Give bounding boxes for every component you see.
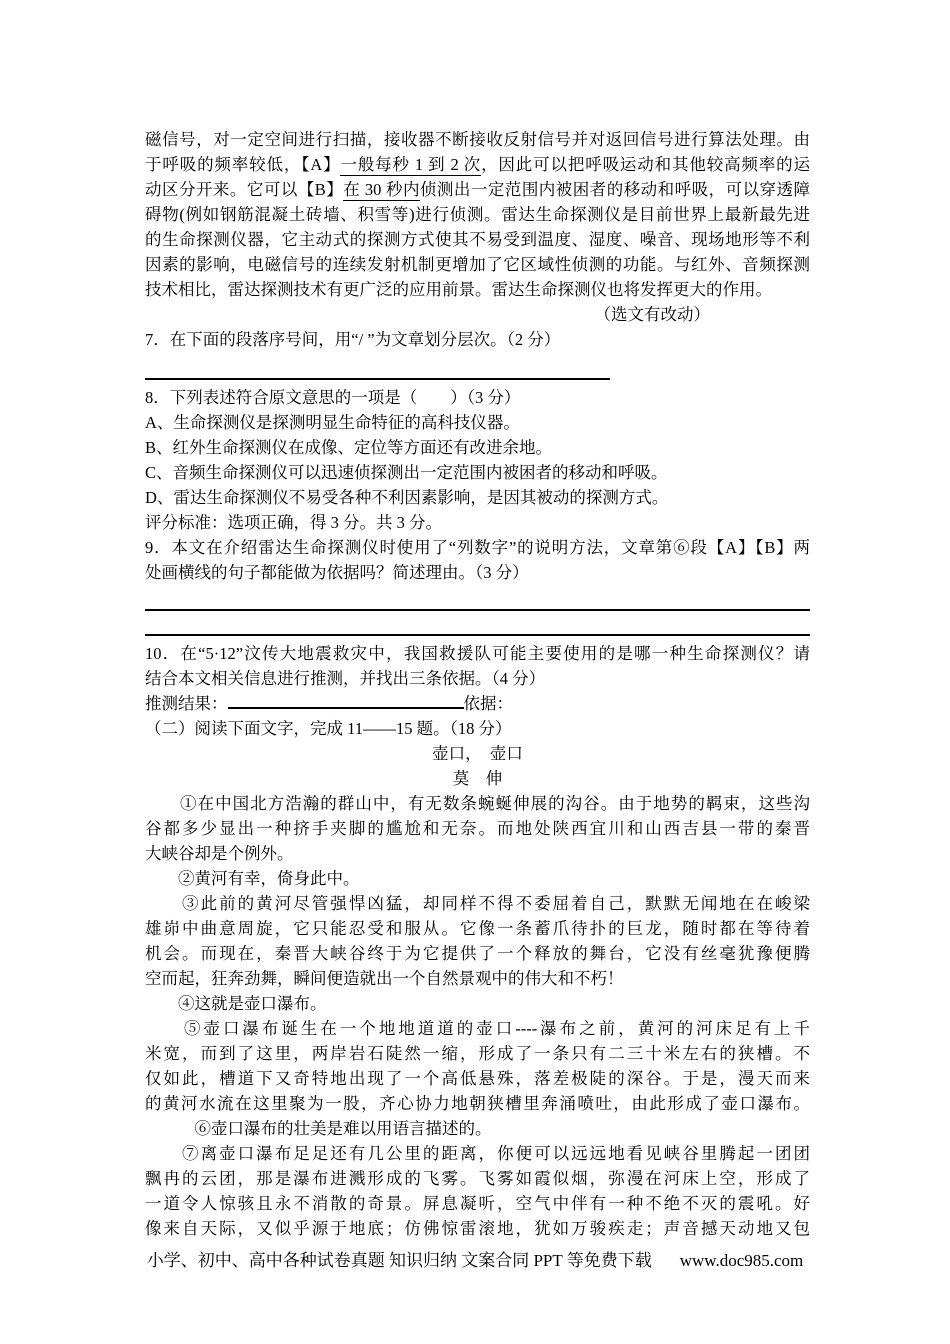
text-segment: 壶口， 壶口 (432, 744, 523, 763)
text-segment: C、音频生命探测仪可以迅速侦探测出一定范围内被困者的移动和呼吸。 (145, 463, 668, 482)
text-segment: ②黄河有幸，倚身此中。 (145, 869, 360, 888)
text-segment: 碍物(例如钢筋混凝土砖墙、积雪等)进行侦测。雷达生命探测仪是目前世界上最新最先进 (145, 205, 810, 224)
answer-rule (145, 378, 610, 380)
text-segment: 仅如此，槽道下又奇特地出现了一个高低悬殊，落差极陡的深谷。于是，漫天而来 (145, 1069, 810, 1088)
text-line: 评分标准：选项正确，得 3 分。共 3 分。 (145, 510, 810, 535)
text-segment: 米宽，而到了这里，两岸岩石陡然一缩，形成了一条只有二三十米左右的狭槽。不 (145, 1044, 810, 1063)
text-segment: ⑤壶口瀑布诞生在一个地地道道的壶口----瀑布之前，黄河的河床足有上千 (145, 1019, 810, 1038)
text-line: （选文有改动） (145, 302, 810, 327)
answer-blank-underline (228, 692, 464, 709)
text-line: 像来自天际，又似乎源于地底；仿佛惊雷滚地，犹如万骏疾走；声音撼天动地又包 (145, 1216, 810, 1241)
text-segment: ⑥壶口瀑布的壮美是难以用语言描述的。 (145, 1119, 492, 1138)
document-page: 磁信号，对一定空间进行扫描，接收器不断接收反射信号并对返回信号进行算法处理。由于… (0, 0, 950, 1344)
text-segment: 空而起，狂奔劲舞，瞬间便造就出一个自然景观中的伟大和不朽！ (145, 969, 624, 988)
text-line: ③此前的黄河尽管强悍凶猛，却同样不得不委屈着自己，默默无闻地在在峻梁 (145, 891, 810, 916)
text-line: 碍物(例如钢筋混凝土砖墙、积雪等)进行侦测。雷达生命探测仪是目前世界上最新最先进 (145, 202, 810, 227)
text-line: 推测结果：依据： (145, 691, 810, 716)
text-segment: 8．下列表述符合原文意思的一项是（ ）（3 分） (145, 388, 520, 407)
text-line: 的生命探测仪器，它主动式的探测方式使其不易受到温度、湿度、噪音、现场地形等不利 (145, 227, 810, 252)
text-segment: D、雷达生命探测仪不易受各种不利因素影响，是因其被动的探测方式。 (145, 488, 668, 507)
text-segment: 推测结果： (145, 694, 228, 713)
text-line: ①在中国北方浩瀚的群山中，有无数条蜿蜒伸展的沟谷。由于地势的羁束，这些沟 (145, 791, 810, 816)
text-line: ⑤壶口瀑布诞生在一个地地道道的壶口----瀑布之前，黄河的河床足有上千 (145, 1016, 810, 1041)
text-line: ⑥壶口瀑布的壮美是难以用语言描述的。 (145, 1116, 810, 1141)
text-line: 7．在下面的段落序号间，用“/ ”为文章划分层次。（2 分） (145, 327, 810, 352)
text-line: 仅如此，槽道下又奇特地出现了一个高低悬殊，落差极陡的深谷。于是，漫天而来 (145, 1066, 810, 1091)
text-segment: ④这就是壶口瀑布。 (145, 994, 327, 1013)
text-line: 8．下列表述符合原文意思的一项是（ ）（3 分） (145, 385, 810, 410)
text-line: C、音频生命探测仪可以迅速侦探测出一定范围内被困者的移动和呼吸。 (145, 460, 810, 485)
text-line: 因素的影响，电磁信号的连续发射机制更增加了它区域性侦测的功能。与红外、音频探测 (145, 252, 810, 277)
footer-promo-text: 小学、初中、高中各种试卷真题 知识归纳 文案合同 PPT 等免费下载 (147, 1251, 652, 1270)
page-footer: 小学、初中、高中各种试卷真题 知识归纳 文案合同 PPT 等免费下载www.do… (0, 1246, 950, 1271)
underlined-text: 一般每秒 1 到 2 次 (340, 155, 481, 176)
text-segment: 一道令人惊骇且永不消散的奇景。屏息凝听，空气中伴有一种不绝不灭的震吼。好 (145, 1194, 810, 1213)
text-line: B、红外生命探测仪在成像、定位等方面还有改进余地。 (145, 435, 810, 460)
text-line: 结合本文相关信息进行推测，并找出三条依据。（4 分） (145, 666, 810, 691)
text-line: 于呼吸的频率较低，【A】一般每秒 1 到 2 次，因此可以把呼吸运动和其他较高频… (145, 152, 810, 177)
text-line: 壶口， 壶口 (145, 741, 810, 766)
underlined-text: 在 30 秒内 (343, 180, 420, 201)
text-segment: 大峡谷却是个例外。 (145, 844, 294, 863)
text-segment: 因素的影响，电磁信号的连续发射机制更增加了它区域性侦测的功能。与红外、音频探测 (145, 255, 810, 274)
text-line: 米宽，而到了这里，两岸岩石陡然一缩，形成了一条只有二三十米左右的狭槽。不 (145, 1041, 810, 1066)
text-segment: ，因此可以把呼吸运动和其他较高频率的运 (481, 155, 810, 174)
answer-blank-line (145, 591, 810, 616)
text-segment: （二）阅读下面文字，完成 11——15 题。（18 分） (145, 719, 512, 738)
answer-blank-line (145, 360, 810, 385)
text-line: 空而起，狂奔劲舞，瞬间便造就出一个自然景观中的伟大和不朽！ (145, 966, 810, 991)
text-line: A、生命探测仪是探测明显生命特征的高科技仪器。 (145, 410, 810, 435)
text-segment: 动区分开来。它可以【B】 (145, 180, 343, 199)
text-segment: 处画横线的句子都能做为依据吗？简述理由。（3 分） (145, 563, 529, 582)
text-segment: 谷都多少显出一种挤手夹脚的尴尬和无奈。而地处陕西宜川和山西吉县一带的秦晋 (145, 819, 810, 838)
text-segment: （选文有改动） (595, 305, 711, 324)
text-segment: 于呼吸的频率较低，【A】 (145, 155, 340, 174)
text-line: ②黄河有幸，倚身此中。 (145, 866, 810, 891)
document-body: 磁信号，对一定空间进行扫描，接收器不断接收反射信号并对返回信号进行算法处理。由于… (145, 127, 810, 1241)
text-segment: 侦测出一定范围内被困者的移动和呼吸，可以穿透障 (420, 180, 810, 199)
text-line: D、雷达生命探测仪不易受各种不利因素影响，是因其被动的探测方式。 (145, 485, 810, 510)
text-segment: 机会。而现在，秦晋大峡谷终于为它提供了一个释放的舞台，它没有丝毫犹豫便腾 (145, 944, 810, 963)
text-segment: 结合本文相关信息进行推测，并找出三条依据。（4 分） (145, 669, 545, 688)
text-line: 10．在“5·12”汶传大地震救灾中，我国救援队可能主要使用的是哪一种生命探测仪… (145, 641, 810, 666)
text-segment: 飘冉的云团，那是瀑布进溅形成的飞雾。飞雾如霞似烟，弥漫在河床上空，形成了 (145, 1169, 810, 1188)
text-line: ④这就是壶口瀑布。 (145, 991, 810, 1016)
text-segment: 依据： (464, 694, 514, 713)
footer-url[interactable]: www.doc985.com (680, 1251, 804, 1270)
text-line: 一道令人惊骇且永不消散的奇景。屏息凝听，空气中伴有一种不绝不灭的震吼。好 (145, 1191, 810, 1216)
text-line: 谷都多少显出一种挤手夹脚的尴尬和无奈。而地处陕西宜川和山西吉县一带的秦晋 (145, 816, 810, 841)
answer-blank-line (145, 616, 810, 641)
text-line: 机会。而现在，秦晋大峡谷终于为它提供了一个释放的舞台，它没有丝毫犹豫便腾 (145, 941, 810, 966)
text-segment: 的生命探测仪器，它主动式的探测方式使其不易受到温度、湿度、噪音、现场地形等不利 (145, 230, 810, 249)
text-segment: 技术相比，雷达探测技术有更广泛的应用前景。雷达生命探测仪也将发挥更大的作用。 (145, 280, 772, 299)
text-segment: 像来自天际，又似乎源于地底；仿佛惊雷滚地，犹如万骏疾走；声音撼天动地又包 (145, 1219, 810, 1238)
text-segment: ③此前的黄河尽管强悍凶猛，却同样不得不委屈着自己，默默无闻地在在峻梁 (145, 894, 810, 913)
text-segment: ①在中国北方浩瀚的群山中，有无数条蜿蜒伸展的沟谷。由于地势的羁束，这些沟 (145, 794, 810, 813)
text-segment: 7．在下面的段落序号间，用“/ ”为文章划分层次。（2 分） (145, 330, 560, 349)
text-segment: 的黄河水流在这里聚为一股，齐心协力地朝狭槽里奔涌喷吐，由此形成了壶口瀑布。 (145, 1094, 810, 1113)
text-line: 莫 伸 (145, 766, 810, 791)
text-line: 处画横线的句子都能做为依据吗？简述理由。（3 分） (145, 560, 810, 585)
text-line: 飘冉的云团，那是瀑布进溅形成的飞雾。飞雾如霞似烟，弥漫在河床上空，形成了 (145, 1166, 810, 1191)
text-segment: 雄峁中曲意周旋，它只能忍受和服从。它像一条蓄爪待扑的巨龙，随时都在等待着 (145, 919, 810, 938)
text-segment: ⑦离壶口瀑布足足还有几公里的距离，你便可以远远地看见峡谷里腾起一团团 (145, 1144, 810, 1163)
text-segment: 莫 伸 (453, 769, 503, 788)
text-segment: 磁信号，对一定空间进行扫描，接收器不断接收反射信号并对返回信号进行算法处理。由 (145, 130, 810, 149)
text-line: 磁信号，对一定空间进行扫描，接收器不断接收反射信号并对返回信号进行算法处理。由 (145, 127, 810, 152)
text-line: 的黄河水流在这里聚为一股，齐心协力地朝狭槽里奔涌喷吐，由此形成了壶口瀑布。 (145, 1091, 810, 1116)
answer-rule (145, 634, 810, 636)
text-segment: 评分标准：选项正确，得 3 分。共 3 分。 (145, 513, 442, 532)
text-line: 9．本文在介绍雷达生命探测仪时使用了“列数字”的说明方法，文章第⑥段【A】【B】… (145, 535, 810, 560)
text-line: 雄峁中曲意周旋，它只能忍受和服从。它像一条蓄爪待扑的巨龙，随时都在等待着 (145, 916, 810, 941)
text-line: ⑦离壶口瀑布足足还有几公里的距离，你便可以远远地看见峡谷里腾起一团团 (145, 1141, 810, 1166)
answer-rule (145, 609, 810, 611)
text-line: （二）阅读下面文字，完成 11——15 题。（18 分） (145, 716, 810, 741)
text-segment: 10．在“5·12”汶传大地震救灾中，我国救援队可能主要使用的是哪一种生命探测仪… (145, 644, 810, 663)
text-segment: 9．本文在介绍雷达生命探测仪时使用了“列数字”的说明方法，文章第⑥段【A】【B】… (145, 538, 810, 557)
text-segment: A、生命探测仪是探测明显生命特征的高科技仪器。 (145, 413, 520, 432)
text-line: 大峡谷却是个例外。 (145, 841, 810, 866)
text-line: 技术相比，雷达探测技术有更广泛的应用前景。雷达生命探测仪也将发挥更大的作用。 (145, 277, 810, 302)
text-line: 动区分开来。它可以【B】在 30 秒内侦测出一定范围内被困者的移动和呼吸，可以穿… (145, 177, 810, 202)
text-segment: B、红外生命探测仪在成像、定位等方面还有改进余地。 (145, 438, 552, 457)
